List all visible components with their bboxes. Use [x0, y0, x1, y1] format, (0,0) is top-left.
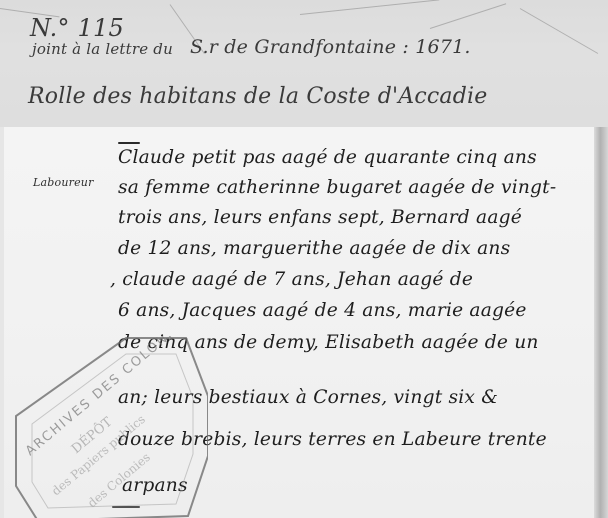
- ink-mark: [118, 142, 140, 144]
- header-attachment-note: joint à la lettre du: [32, 40, 173, 58]
- document-number: N.° 115: [30, 14, 124, 42]
- entry-line-9: douze brebis, leurs terres en Labeure tr…: [118, 428, 547, 450]
- entry-line-3: trois ans, leurs enfans sept, Bernard aa…: [118, 206, 522, 228]
- header-band: N.° 115 joint à la lettre du S.r de Gran…: [0, 0, 608, 127]
- page-edge-shadow: [594, 127, 608, 518]
- document-title: Rolle des habitans de la Coste d'Accadie: [28, 84, 487, 109]
- entry-line-8: an; leurs bestiaux à Cornes, vingt six &: [118, 386, 498, 408]
- paper-crease: [300, 0, 439, 15]
- ink-mark: [112, 506, 140, 508]
- header-sender-date: S.r de Grandfontaine : 1671.: [190, 36, 471, 58]
- entry-line-5: , claude aagé de 7 ans, Jehan aagé de: [110, 268, 473, 290]
- paper-crease: [520, 8, 598, 54]
- entry-line-4: de 12 ans, marguerithe aagée de dix ans: [118, 237, 510, 259]
- paper-crease: [430, 3, 506, 29]
- entry-line-7: de cinq ans de demy, Elisabeth aagée de …: [118, 331, 539, 353]
- entry-line-2: sa femme catherinne bugaret aagée de vin…: [118, 176, 556, 198]
- entry-line-1: Claude petit pas aagé de quarante cinq a…: [118, 146, 537, 168]
- entry-line-10: arpans: [122, 474, 188, 496]
- document-page: N.° 115 joint à la lettre du S.r de Gran…: [0, 0, 608, 518]
- entry-line-6: 6 ans, Jacques aagé de 4 ans, marie aagé…: [118, 299, 527, 321]
- occupation-margin-note: Laboureur: [33, 176, 94, 189]
